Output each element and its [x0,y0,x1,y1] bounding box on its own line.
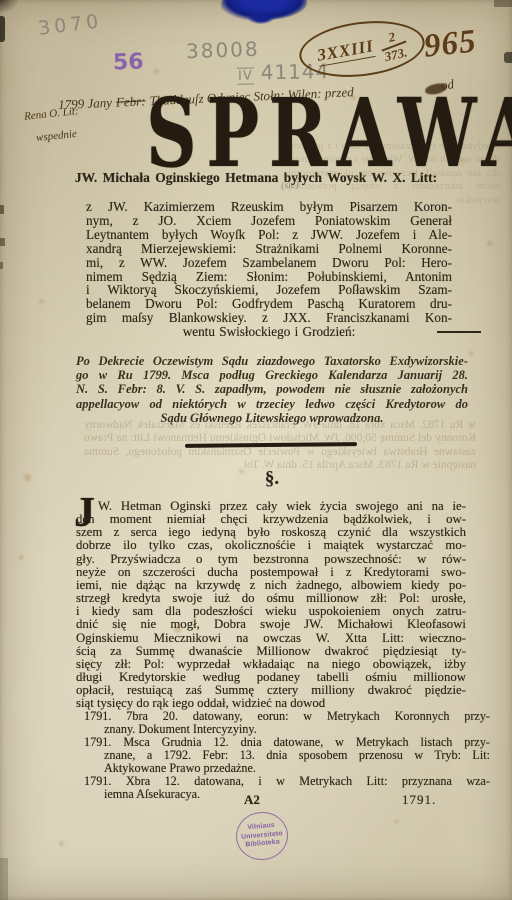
edge-tick [0,238,5,246]
docket-line: 1791. 7bra 20. datowany, eorun: w Metryk… [104,710,490,723]
edge-ink-mark [504,52,512,63]
body-paragraph: W. Hetman Oginski przez cały wiek życia … [76,500,466,711]
edge-tick [0,262,3,269]
pencil-number: 3070 [37,10,104,40]
library-stamp: Vilniaus Universiteto Biblioteka [234,810,290,862]
parties-line: i Wiktoryą Skoczyńskiemi, Jozefem Poſław… [86,283,452,297]
blue-ink-blot [248,12,274,24]
preamble-line: N. S. Febr: 8. V. S. zapadłym, powodem n… [76,382,468,396]
struck-text: Febr: [116,93,146,109]
parties-paragraph: z JW. Kazimierzem Rzeuskim byłym Pisarze… [86,200,452,339]
oval-main-number: 3XXIII [316,36,376,67]
parties-line: xandrą Mierzejewskiemi: Strażnikami Poln… [86,242,452,256]
docket-entry: 1791. 7bra 20. datowany, eorun: w Metryk… [84,710,490,736]
preamble-line: Sądu Głównego Litewskiego wprowadzona. [76,411,468,425]
parties-line: z JW. Kazimierzem Rzeuskim byłym Pisarze… [86,200,452,214]
page-year: 1791. [402,792,436,808]
parties-line: nym, z JO. Xciem Jozefem Poniatowskim Ge… [86,214,452,228]
parties-line: wentu Swisłockiego i Grodzień: [86,325,452,339]
body-line: ścią za Summę dwanaście Millionow dwakro… [76,645,466,658]
corner-smudge [0,0,18,13]
corner-smudge [494,0,512,7]
handwritten-note: Rena O. Lit: [24,105,80,123]
body-line: Oginskiemu Miecznikowi na owczas W. Xtta… [76,632,466,645]
handwritten-note: wspednie [35,128,77,144]
document-title: SPRAWA [146,86,512,181]
body-line: neyże on szczerości ducha postempował i … [76,566,466,579]
docket-entry: 1791. Msca Grudnia 12. dnia datowane, w … [84,736,490,775]
body-line: gły. Przyświadcza o tym bezstronna powsz… [76,553,466,566]
parties-line: Leytnantem byłych Woyſk Pol: z JWW. Joze… [86,228,452,242]
signature-mark: A2 [244,792,260,808]
section-mark: §. [76,468,468,490]
parties-line: nimem Sędzią Ziem: Słonim: Połubinskiemi… [86,270,452,284]
pencil-number: 38008 [186,37,260,64]
preamble-line: Po Dekrecie Oczewistym Sądu ziazdowego T… [76,354,468,368]
parties-line: belanem Dworu Pol: Godfrydem Paschą Kura… [86,297,452,311]
violet-number: 56 [113,49,144,75]
docket-line: znany. Dokument Intercyzyiny. [104,723,490,736]
docket-line: Aktykowane Prawo przedażne. [104,762,490,775]
oval-fraction: 2 373. [377,27,409,63]
printer-dash [437,331,481,333]
corner-smudge [0,858,8,900]
body-line: dobrze ilo tylko czas, okolicznośćie i m… [76,539,466,552]
parties-line: gim maſsy Blankowskiey. z JXX. Franciszk… [86,311,452,325]
document-heading: JW. Michała Oginskiego Hetmana byłych Wo… [40,170,472,186]
docket-line: znane, a 1792. Febr: 13. dnia sposobem p… [104,749,490,762]
docket-line: 1791. Msca Grudnia 12. dnia datowane, w … [104,736,490,749]
body-line: dnić się nie mogł, Dobra swoje JW. Micha… [76,618,466,631]
ink-number: 965 [422,23,478,65]
preamble-line: go w Ru 1799. Msca podług Greckiego Kale… [76,368,468,382]
bleedthrough-text: w Ru 1782. Msca xbra 18. dnia JW. Franci… [84,419,476,503]
decree-preamble: Po Dekrecie Oczewistym Sądu ziazdowego T… [76,354,468,425]
stamp-line: Biblioteka [245,839,280,850]
edge-tick [0,205,4,214]
edge-ink-mark [0,16,5,42]
preamble-line: appellacyow od niektórych w trzeciey led… [76,397,468,411]
docket-line: 1791. Xbra 12. datowana, i w Metrykach L… [104,775,490,788]
parties-line: mi, z WW. Jozefem Szambelanem Dworu Pol:… [86,256,452,270]
scanned-document-page: Kredytorowie tym czasem, ale iako i z po… [0,0,512,900]
